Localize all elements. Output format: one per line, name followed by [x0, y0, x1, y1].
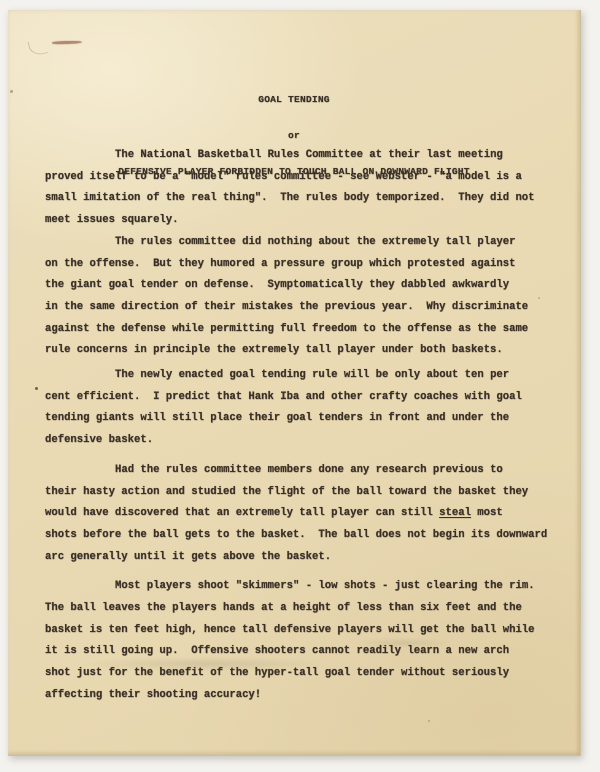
ink-smudge: [38, 655, 368, 673]
title-line-1: GOAL TENDING: [8, 94, 580, 106]
text-segment: most: [471, 507, 503, 519]
text-line: Most players shoot "skimmers" - low shot…: [45, 576, 557, 598]
text-line: their hasty action and studied the fligh…: [45, 482, 557, 504]
text-line: arc generally until it gets above the ba…: [45, 547, 557, 569]
text-line: basket is ten feet high, hence tall defe…: [45, 620, 557, 642]
paragraph-4: Had the rules committee members done any…: [45, 460, 557, 569]
pencil-dash-mark: [52, 40, 82, 44]
ink-smudge: [338, 636, 468, 650]
paragraph-2: The rules committee did nothing about th…: [45, 232, 557, 362]
text-line: against the defense while permitting ful…: [45, 319, 557, 341]
text-line: defensive basket.: [45, 430, 557, 452]
text-line: on the offense. But they humored a press…: [45, 254, 557, 276]
text-line: small imitation of the real thing". The …: [45, 188, 557, 210]
text-line: The rules committee did nothing about th…: [45, 232, 557, 254]
text-line: The ball leaves the players hands at a h…: [45, 598, 557, 620]
text-line: shots before the ball gets to the basket…: [45, 525, 557, 547]
text-line: the giant goal tender on defense. Sympto…: [45, 275, 557, 297]
text-segment: would have discovered that an extremely …: [45, 507, 439, 519]
pencil-mark: [26, 28, 96, 64]
paragraph-3: The newly enacted goal tending rule will…: [45, 365, 557, 452]
paragraph-1: The National Basketball Rules Committee …: [45, 145, 557, 232]
document-body: The National Basketball Rules Committee …: [45, 145, 557, 707]
paragraph-5: Most players shoot "skimmers" - low shot…: [45, 576, 557, 706]
text-line: The National Basketball Rules Committee …: [45, 145, 557, 167]
pencil-squiggle-mark: [28, 38, 49, 56]
paper-speck: [428, 720, 430, 722]
title-line-2: or: [8, 130, 580, 142]
paper-speck: [10, 90, 13, 93]
text-line: rule concerns in principle the extremely…: [45, 340, 557, 362]
document-page: GOAL TENDING or DEFENSIVE PLAYER FORBIDD…: [8, 10, 581, 756]
underlined-word: steal: [439, 507, 471, 519]
text-line: proved itself to be a "model" rules comm…: [45, 167, 557, 189]
text-line: tending giants will still place their go…: [45, 408, 557, 430]
text-line: would have discovered that an extremely …: [45, 503, 557, 525]
scan-background: GOAL TENDING or DEFENSIVE PLAYER FORBIDD…: [0, 0, 600, 772]
text-line: cent efficient. I predict that Hank Iba …: [45, 387, 557, 409]
text-line: affecting their shooting accuracy!: [45, 685, 557, 707]
text-line: The newly enacted goal tending rule will…: [45, 365, 557, 387]
paper-speck: [538, 297, 540, 299]
text-line: in the same direction of their mistakes …: [45, 297, 557, 319]
paper-speck: [35, 387, 38, 390]
text-line: Had the rules committee members done any…: [45, 460, 557, 482]
text-line: meet issues squarely.: [45, 210, 557, 232]
